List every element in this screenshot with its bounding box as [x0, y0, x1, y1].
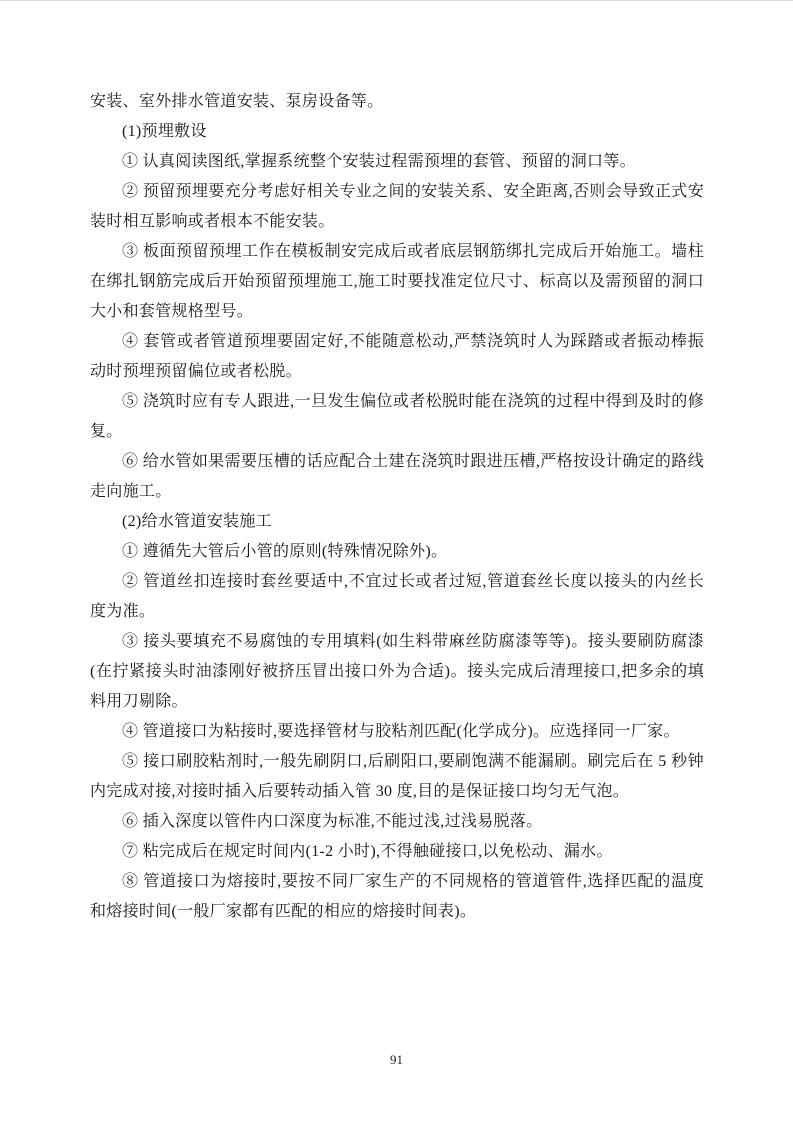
heading-section-2: (2)给水管道安装施工 [90, 507, 704, 537]
paragraph-continuation: 安装、室外排水管道安装、泵房设备等。 [90, 87, 704, 117]
list-item-2-7: ⑦ 粘完成后在规定时间内(1-2 小时),不得触碰接口,以免松动、漏水。 [90, 837, 704, 867]
list-item-2-2: ② 管道丝扣连接时套丝要适中,不宜过长或者过短,管道套丝长度以接头的内丝长度为准… [90, 567, 704, 627]
list-item-1-2: ② 预留预埋要充分考虑好相关专业之间的安装关系、安全距离,否则会导致正式安装时相… [90, 177, 704, 237]
list-item-2-4: ④ 管道接口为粘接时,要选择管材与胶粘剂匹配(化学成分)。应选择同一厂家。 [90, 717, 704, 747]
list-item-1-3: ③ 板面预留预埋工作在模板制安完成后或者底层钢筋绑扎完成后开始施工。墙柱在绑扎钢… [90, 237, 704, 327]
list-item-2-8: ⑧ 管道接口为熔接时,要按不同厂家生产的不同规格的管道管件,选择匹配的温度和熔接… [90, 867, 704, 927]
heading-section-1: (1)预埋敷设 [90, 117, 704, 147]
list-item-2-5: ⑤ 接口刷胶粘剂时,一般先刷阴口,后刷阳口,要刷饱满不能漏刷。刷完后在 5 秒钟… [90, 747, 704, 807]
list-item-1-1: ① 认真阅读图纸,掌握系统整个安装过程需预埋的套管、预留的洞口等。 [90, 147, 704, 177]
list-item-1-6: ⑥ 给水管如果需要压槽的话应配合土建在浇筑时跟进压槽,严格按设计确定的路线走向施… [90, 447, 704, 507]
list-item-2-1: ① 遵循先大管后小管的原则(特殊情况除外)。 [90, 537, 704, 567]
list-item-2-3: ③ 接头要填充不易腐蚀的专用填料(如生料带麻丝防腐漆等等)。接头要刷防腐漆(在拧… [90, 627, 704, 717]
document-page: 安装、室外排水管道安装、泵房设备等。 (1)预埋敷设 ① 认真阅读图纸,掌握系统… [0, 0, 793, 1123]
document-body: 安装、室外排水管道安装、泵房设备等。 (1)预埋敷设 ① 认真阅读图纸,掌握系统… [90, 87, 704, 927]
list-item-2-6: ⑥ 插入深度以管件内口深度为标准,不能过浅,过浅易脱落。 [90, 807, 704, 837]
page-number: 91 [0, 1051, 793, 1069]
list-item-1-5: ⑤ 浇筑时应有专人跟进,一旦发生偏位或者松脱时能在浇筑的过程中得到及时的修复。 [90, 387, 704, 447]
list-item-1-4: ④ 套管或者管道预埋要固定好,不能随意松动,严禁浇筑时人为踩踏或者振动棒振动时预… [90, 327, 704, 387]
